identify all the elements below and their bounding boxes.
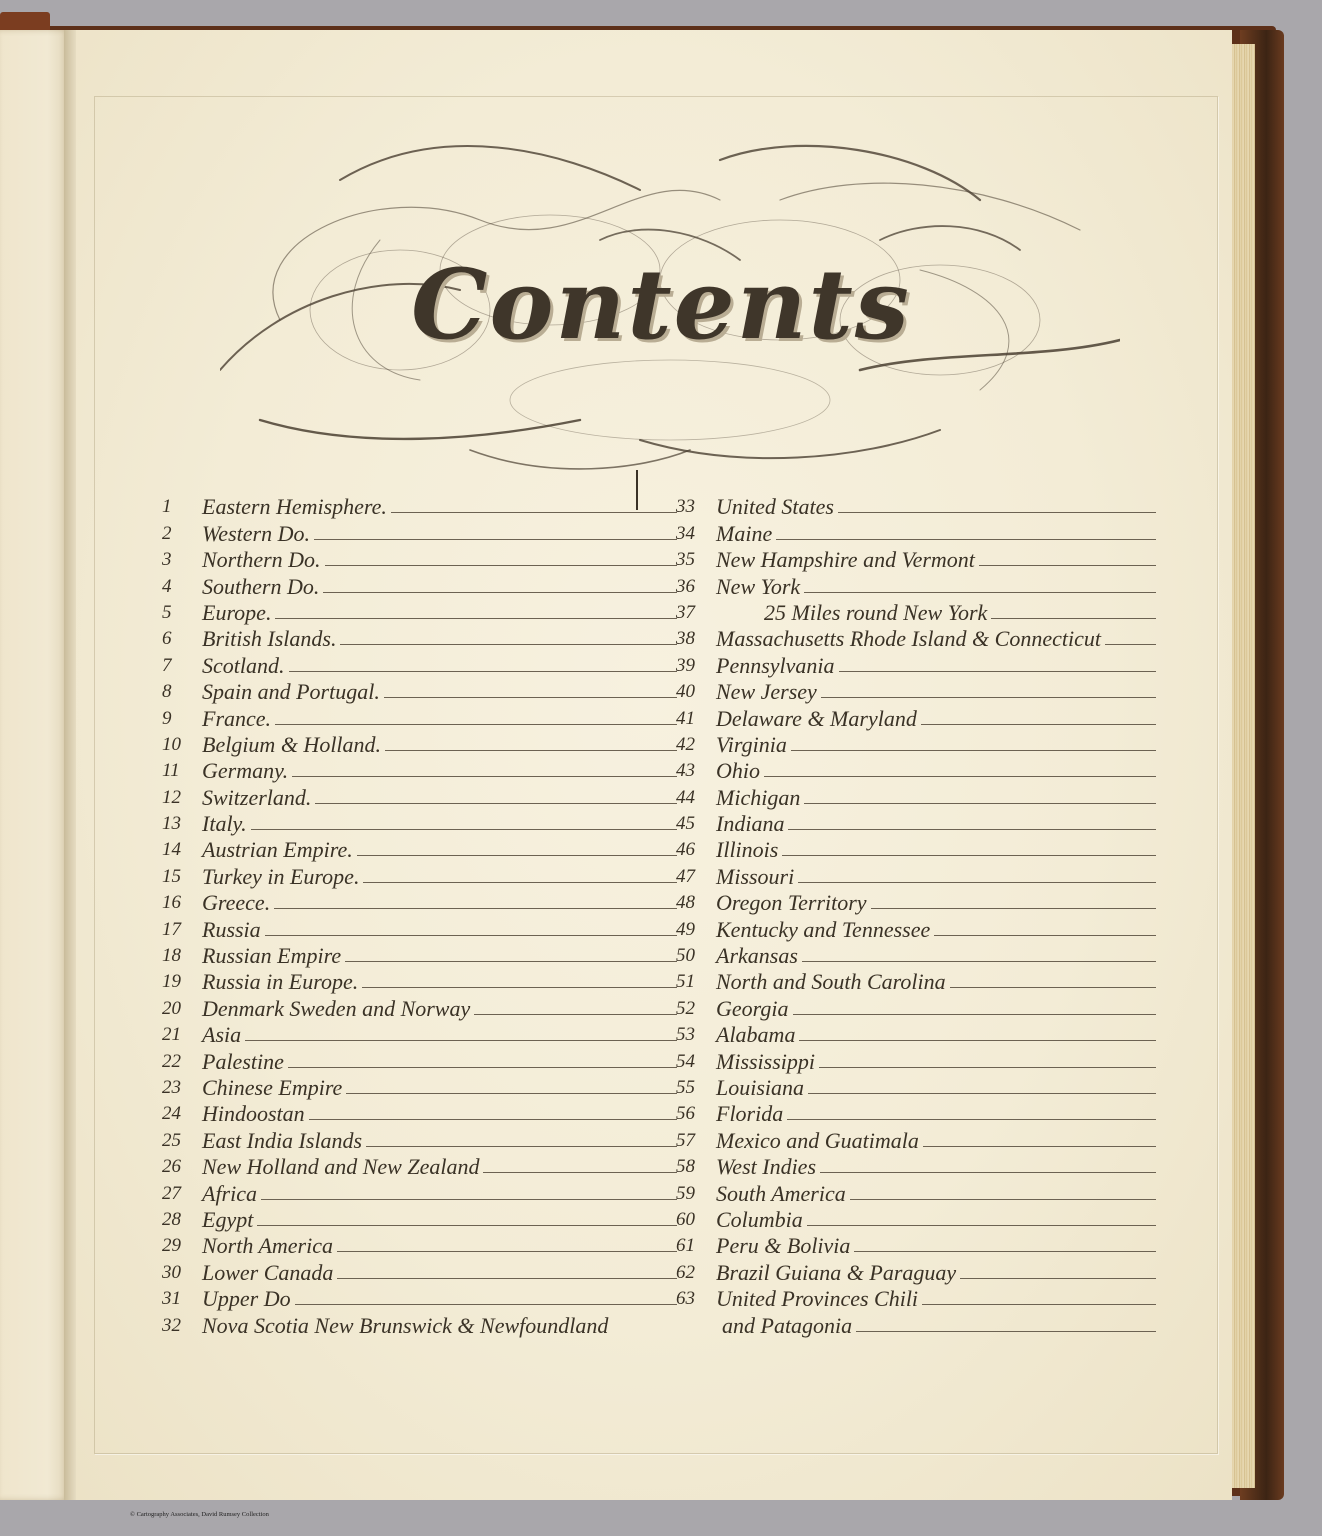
contents-entry: 46Illinois [676,835,1156,861]
entry-number: 46 [676,839,716,861]
contents-entry: 62Brazil Guiana & Paraguay [676,1257,1156,1283]
contents-entry: 28Egypt [162,1205,677,1231]
leader-line [366,1146,677,1147]
contents-entry: 38Massachusetts Rhode Island & Connectic… [676,624,1156,650]
leader-line [346,1093,677,1094]
entry-number: 12 [162,787,202,809]
contents-entry: 11Germany. [162,756,677,782]
entry-number: 17 [162,919,202,941]
contents-entry: 51North and South Carolina [676,967,1156,993]
entry-title: British Islands. [202,628,340,650]
entry-number: 57 [676,1130,716,1152]
entry-number: 43 [676,760,716,782]
contents-entry: 25East India Islands [162,1125,677,1151]
contents-entry: 48Oregon Territory [676,888,1156,914]
entry-number: 38 [676,628,716,650]
entry-number: 15 [162,866,202,888]
contents-entry: 1Eastern Hemisphere. [162,492,677,518]
contents-entry: 58West Indies [676,1152,1156,1178]
entry-number: 18 [162,945,202,967]
contents-entry: 8Spain and Portugal. [162,677,677,703]
entry-title: Florida [716,1103,787,1125]
leader-line [295,1304,677,1305]
entry-number: 51 [676,971,716,993]
leader-line [288,1067,677,1068]
contents-entry: 55Louisiana [676,1073,1156,1099]
entry-number: 49 [676,919,716,941]
entry-title: Georgia [716,998,793,1020]
contents-list-right: 33United States 34Maine 35New Hampshire … [676,492,1156,1337]
entry-number: 2 [162,523,202,545]
entry-number: 28 [162,1209,202,1231]
entry-number: 63 [676,1288,716,1310]
entry-number: 44 [676,787,716,809]
entry-title: Egypt [202,1209,257,1231]
contents-list-left: 1Eastern Hemisphere. 2Western Do. 3North… [162,492,677,1337]
leader-line [856,1331,1156,1332]
contents-entry: 20Denmark Sweden and Norway [162,993,677,1019]
contents-entry: 35New Hampshire and Vermont [676,545,1156,571]
entry-title: Spain and Portugal. [202,681,384,703]
entry-title: Delaware & Maryland [716,708,921,730]
leader-line [289,671,678,672]
page-title: Contents [0,248,1322,361]
leader-line [315,803,677,804]
leader-line [274,908,677,909]
contents-entry: 2Western Do. [162,518,677,544]
contents-entry: 54Mississippi [676,1046,1156,1072]
entry-number: 3 [162,549,202,571]
entry-title: Kentucky and Tennessee [716,919,934,941]
entry-title: Switzerland. [202,787,315,809]
leader-line [979,565,1156,566]
leader-line [808,1093,1156,1094]
entry-number: 9 [162,708,202,730]
contents-entry: 29North America [162,1231,677,1257]
contents-entry: 41Delaware & Maryland [676,703,1156,729]
leader-line [483,1172,677,1173]
leader-line [793,1014,1156,1015]
entry-number: 22 [162,1051,202,1073]
contents-entry: 3725 Miles round New York [676,598,1156,624]
contents-entry: 5Europe. [162,598,677,624]
entry-title: New Holland and New Zealand [202,1156,483,1178]
contents-entry: 40New Jersey [676,677,1156,703]
leader-line [292,776,677,777]
entry-title: Missouri [716,866,798,888]
entry-title: Austrian Empire. [202,839,357,861]
entry-title: Germany. [202,760,292,782]
copyright-caption: © Cartography Associates, David Rumsey C… [130,1511,269,1518]
entry-title: North and South Carolina [716,971,950,993]
leader-line [871,908,1156,909]
contents-entry: 6British Islands. [162,624,677,650]
contents-entry: 12Switzerland. [162,782,677,808]
entry-title: New York [716,576,804,598]
entry-title: East India Islands [202,1130,366,1152]
contents-entry: 39Pennsylvania [676,650,1156,676]
entry-number: 5 [162,602,202,624]
leader-line [821,697,1156,698]
contents-entry: 22Palestine [162,1046,677,1072]
leader-line [337,1278,677,1279]
entry-number: 58 [676,1156,716,1178]
entry-number: 59 [676,1183,716,1205]
entry-number: 14 [162,839,202,861]
contents-entry: 10Belgium & Holland. [162,730,677,756]
contents-entry: 44Michigan [676,782,1156,808]
contents-entry: 57Mexico and Guatimala [676,1125,1156,1151]
contents-entry: 13Italy. [162,809,677,835]
entry-number: 19 [162,971,202,993]
entry-number: 34 [676,523,716,545]
entry-number: 11 [162,760,202,782]
entry-number: 21 [162,1024,202,1046]
entry-number: 42 [676,734,716,756]
contents-entry: 23Chinese Empire [162,1073,677,1099]
leader-line [357,855,677,856]
entry-title: Belgium & Holland. [202,734,385,756]
entry-number: 54 [676,1051,716,1073]
contents-entry: 59South America [676,1178,1156,1204]
entry-title: North America [202,1235,337,1257]
entry-title: Mexico and Guatimala [716,1130,923,1152]
entry-title: Indiana [716,813,788,835]
entry-title: France. [202,708,275,730]
entry-title: and Patagonia [716,1315,856,1337]
contents-entry: 61Peru & Bolivia [676,1231,1156,1257]
entry-number: 55 [676,1077,716,1099]
contents-entry: 45Indiana [676,809,1156,835]
contents-entry: 14Austrian Empire. [162,835,677,861]
leader-line [819,1067,1156,1068]
contents-entry: 18Russian Empire [162,941,677,967]
leader-line [922,1304,1156,1305]
leader-line [275,618,677,619]
entry-title: Upper Do [202,1288,295,1310]
contents-entry: 34Maine [676,518,1156,544]
entry-number: 25 [162,1130,202,1152]
entry-title: Russian Empire [202,945,345,967]
contents-entry: 4Southern Do. [162,571,677,597]
leader-line [314,539,677,540]
entry-title: West Indies [716,1156,820,1178]
contents-entry: 36New York [676,571,1156,597]
entry-title: 25 Miles round New York [716,602,991,624]
leader-line [261,1199,677,1200]
entry-number: 4 [162,576,202,598]
entry-number: 36 [676,576,716,598]
entry-title: Oregon Territory [716,892,871,914]
entry-title: Mississippi [716,1051,819,1073]
entry-title: Louisiana [716,1077,808,1099]
leader-line [838,512,1156,513]
leader-line [337,1251,677,1252]
contents-entry: 32Nova Scotia New Brunswick & Newfoundla… [162,1310,677,1336]
leader-line [362,987,677,988]
entry-title: South America [716,1183,850,1205]
contents-entry: 49Kentucky and Tennessee [676,914,1156,940]
leader-line [804,803,1156,804]
entry-number: 24 [162,1103,202,1125]
entry-title: Turkey in Europe. [202,866,363,888]
contents-entry: 26New Holland and New Zealand [162,1152,677,1178]
entry-number: 37 [676,602,716,624]
leader-line [799,1040,1156,1041]
entry-title: United Provinces Chili [716,1288,922,1310]
leader-line [385,750,677,751]
entry-number: 50 [676,945,716,967]
entry-title: United States [716,496,838,518]
contents-entry: 16Greece. [162,888,677,914]
leader-line [265,935,677,936]
entry-number: 53 [676,1024,716,1046]
leader-line [923,1146,1156,1147]
contents-entry: 27Africa [162,1178,677,1204]
entry-title: Peru & Bolivia [716,1235,854,1257]
entry-number: 47 [676,866,716,888]
contents-entry: 9France. [162,703,677,729]
leader-line [391,512,677,513]
entry-title: New Hampshire and Vermont [716,549,979,571]
leader-line [251,829,677,830]
entry-title: Ohio [716,760,764,782]
contents-entry: 30Lower Canada [162,1257,677,1283]
entry-number: 40 [676,681,716,703]
entry-title: Pennsylvania [716,655,839,677]
leader-line [798,882,1156,883]
entry-title: Columbia [716,1209,807,1231]
entry-title: Virginia [716,734,791,756]
entry-title: Michigan [716,787,804,809]
contents-entry: 19Russia in Europe. [162,967,677,993]
entry-number: 6 [162,628,202,650]
leader-line [363,882,677,883]
leader-line [991,618,1156,619]
entry-title: Russia [202,919,265,941]
leader-line [850,1199,1156,1200]
entry-number: 26 [162,1156,202,1178]
leader-line [776,539,1156,540]
entry-title: Africa [202,1183,261,1205]
leader-line [345,961,677,962]
contents-entry: 50Arkansas [676,941,1156,967]
entry-number: 1 [162,496,202,518]
entry-title: Denmark Sweden and Norway [202,998,474,1020]
entry-title: Arkansas [716,945,802,967]
contents-entry: 3Northern Do. [162,545,677,571]
contents-entry: 60Columbia [676,1205,1156,1231]
contents-entry: 15Turkey in Europe. [162,861,677,887]
entry-title: Massachusetts Rhode Island & Connecticut [716,628,1105,650]
entry-number: 62 [676,1262,716,1284]
entry-title: Alabama [716,1024,799,1046]
leader-line [257,1225,677,1226]
entry-title: Palestine [202,1051,288,1073]
contents-entry: 33United States [676,492,1156,518]
entry-number: 7 [162,655,202,677]
entry-title: Western Do. [202,523,314,545]
entry-number: 61 [676,1235,716,1257]
entry-number: 13 [162,813,202,835]
entry-number: 45 [676,813,716,835]
entry-title: Illinois [716,839,782,861]
entry-title: Europe. [202,602,275,624]
entry-number: 20 [162,998,202,1020]
contents-entry: 42Virginia [676,730,1156,756]
contents-entry: 53Alabama [676,1020,1156,1046]
entry-title: Hindoostan [202,1103,309,1125]
entry-number: 33 [676,496,716,518]
contents-entry: 31Upper Do [162,1284,677,1310]
entry-number: 41 [676,708,716,730]
entry-title: Lower Canada [202,1262,337,1284]
leader-line [921,724,1156,725]
leader-line [323,592,677,593]
leader-line [802,961,1156,962]
contents-entry: 52Georgia [676,993,1156,1019]
contents-entry: 43Ohio [676,756,1156,782]
entry-number: 56 [676,1103,716,1125]
leader-line [804,592,1156,593]
leader-line [384,697,677,698]
contents-entry: 21Asia [162,1020,677,1046]
entry-number: 8 [162,681,202,703]
leader-line [820,1172,1156,1173]
leader-line [934,935,1156,936]
entry-title: Russia in Europe. [202,971,362,993]
entry-title: Brazil Guiana & Paraguay [716,1262,960,1284]
leader-line [474,1014,677,1015]
entry-number: 35 [676,549,716,571]
entry-number: 30 [162,1262,202,1284]
contents-entry: 7Scotland. [162,650,677,676]
contents-entry: 24Hindoostan [162,1099,677,1125]
contents-entry: 56Florida [676,1099,1156,1125]
leader-line [787,1119,1156,1120]
contents-entry: 47Missouri [676,861,1156,887]
leader-line [309,1119,677,1120]
entry-title: Chinese Empire [202,1077,346,1099]
leader-line [960,1278,1156,1279]
entry-title: New Jersey [716,681,821,703]
leader-line [854,1251,1156,1252]
leader-line [764,776,1156,777]
leader-line [782,855,1156,856]
entry-title: Scotland. [202,655,289,677]
leader-line [340,644,677,645]
entry-title: Maine [716,523,776,545]
contents-entry-continuation: and Patagonia [676,1310,1156,1336]
leader-line [245,1040,677,1041]
leader-line [325,565,677,566]
entry-number: 23 [162,1077,202,1099]
entry-number: 27 [162,1183,202,1205]
contents-entry: 17Russia [162,914,677,940]
entry-number: 39 [676,655,716,677]
entry-number: 16 [162,892,202,914]
entry-number: 29 [162,1235,202,1257]
entry-number: 60 [676,1209,716,1231]
entry-title: Italy. [202,813,251,835]
entry-number: 48 [676,892,716,914]
contents-entry: 63United Provinces Chili [676,1284,1156,1310]
entry-title: Nova Scotia New Brunswick & Newfoundland [202,1315,612,1337]
entry-number: 32 [162,1315,202,1337]
leader-line [950,987,1156,988]
entry-title: Northern Do. [202,549,325,571]
entry-title: Southern Do. [202,576,323,598]
book-scan: Contents 1Eastern Hemisphere. 2Western D… [0,0,1322,1536]
leader-line [1105,644,1156,645]
entry-title: Greece. [202,892,274,914]
entry-number: 10 [162,734,202,756]
entry-title: Asia [202,1024,245,1046]
leader-line [791,750,1156,751]
entry-number: 52 [676,998,716,1020]
entry-number: 31 [162,1288,202,1310]
entry-title: Eastern Hemisphere. [202,496,391,518]
leader-line [839,671,1156,672]
leader-line [807,1225,1156,1226]
leader-line [788,829,1156,830]
leader-line [275,724,677,725]
